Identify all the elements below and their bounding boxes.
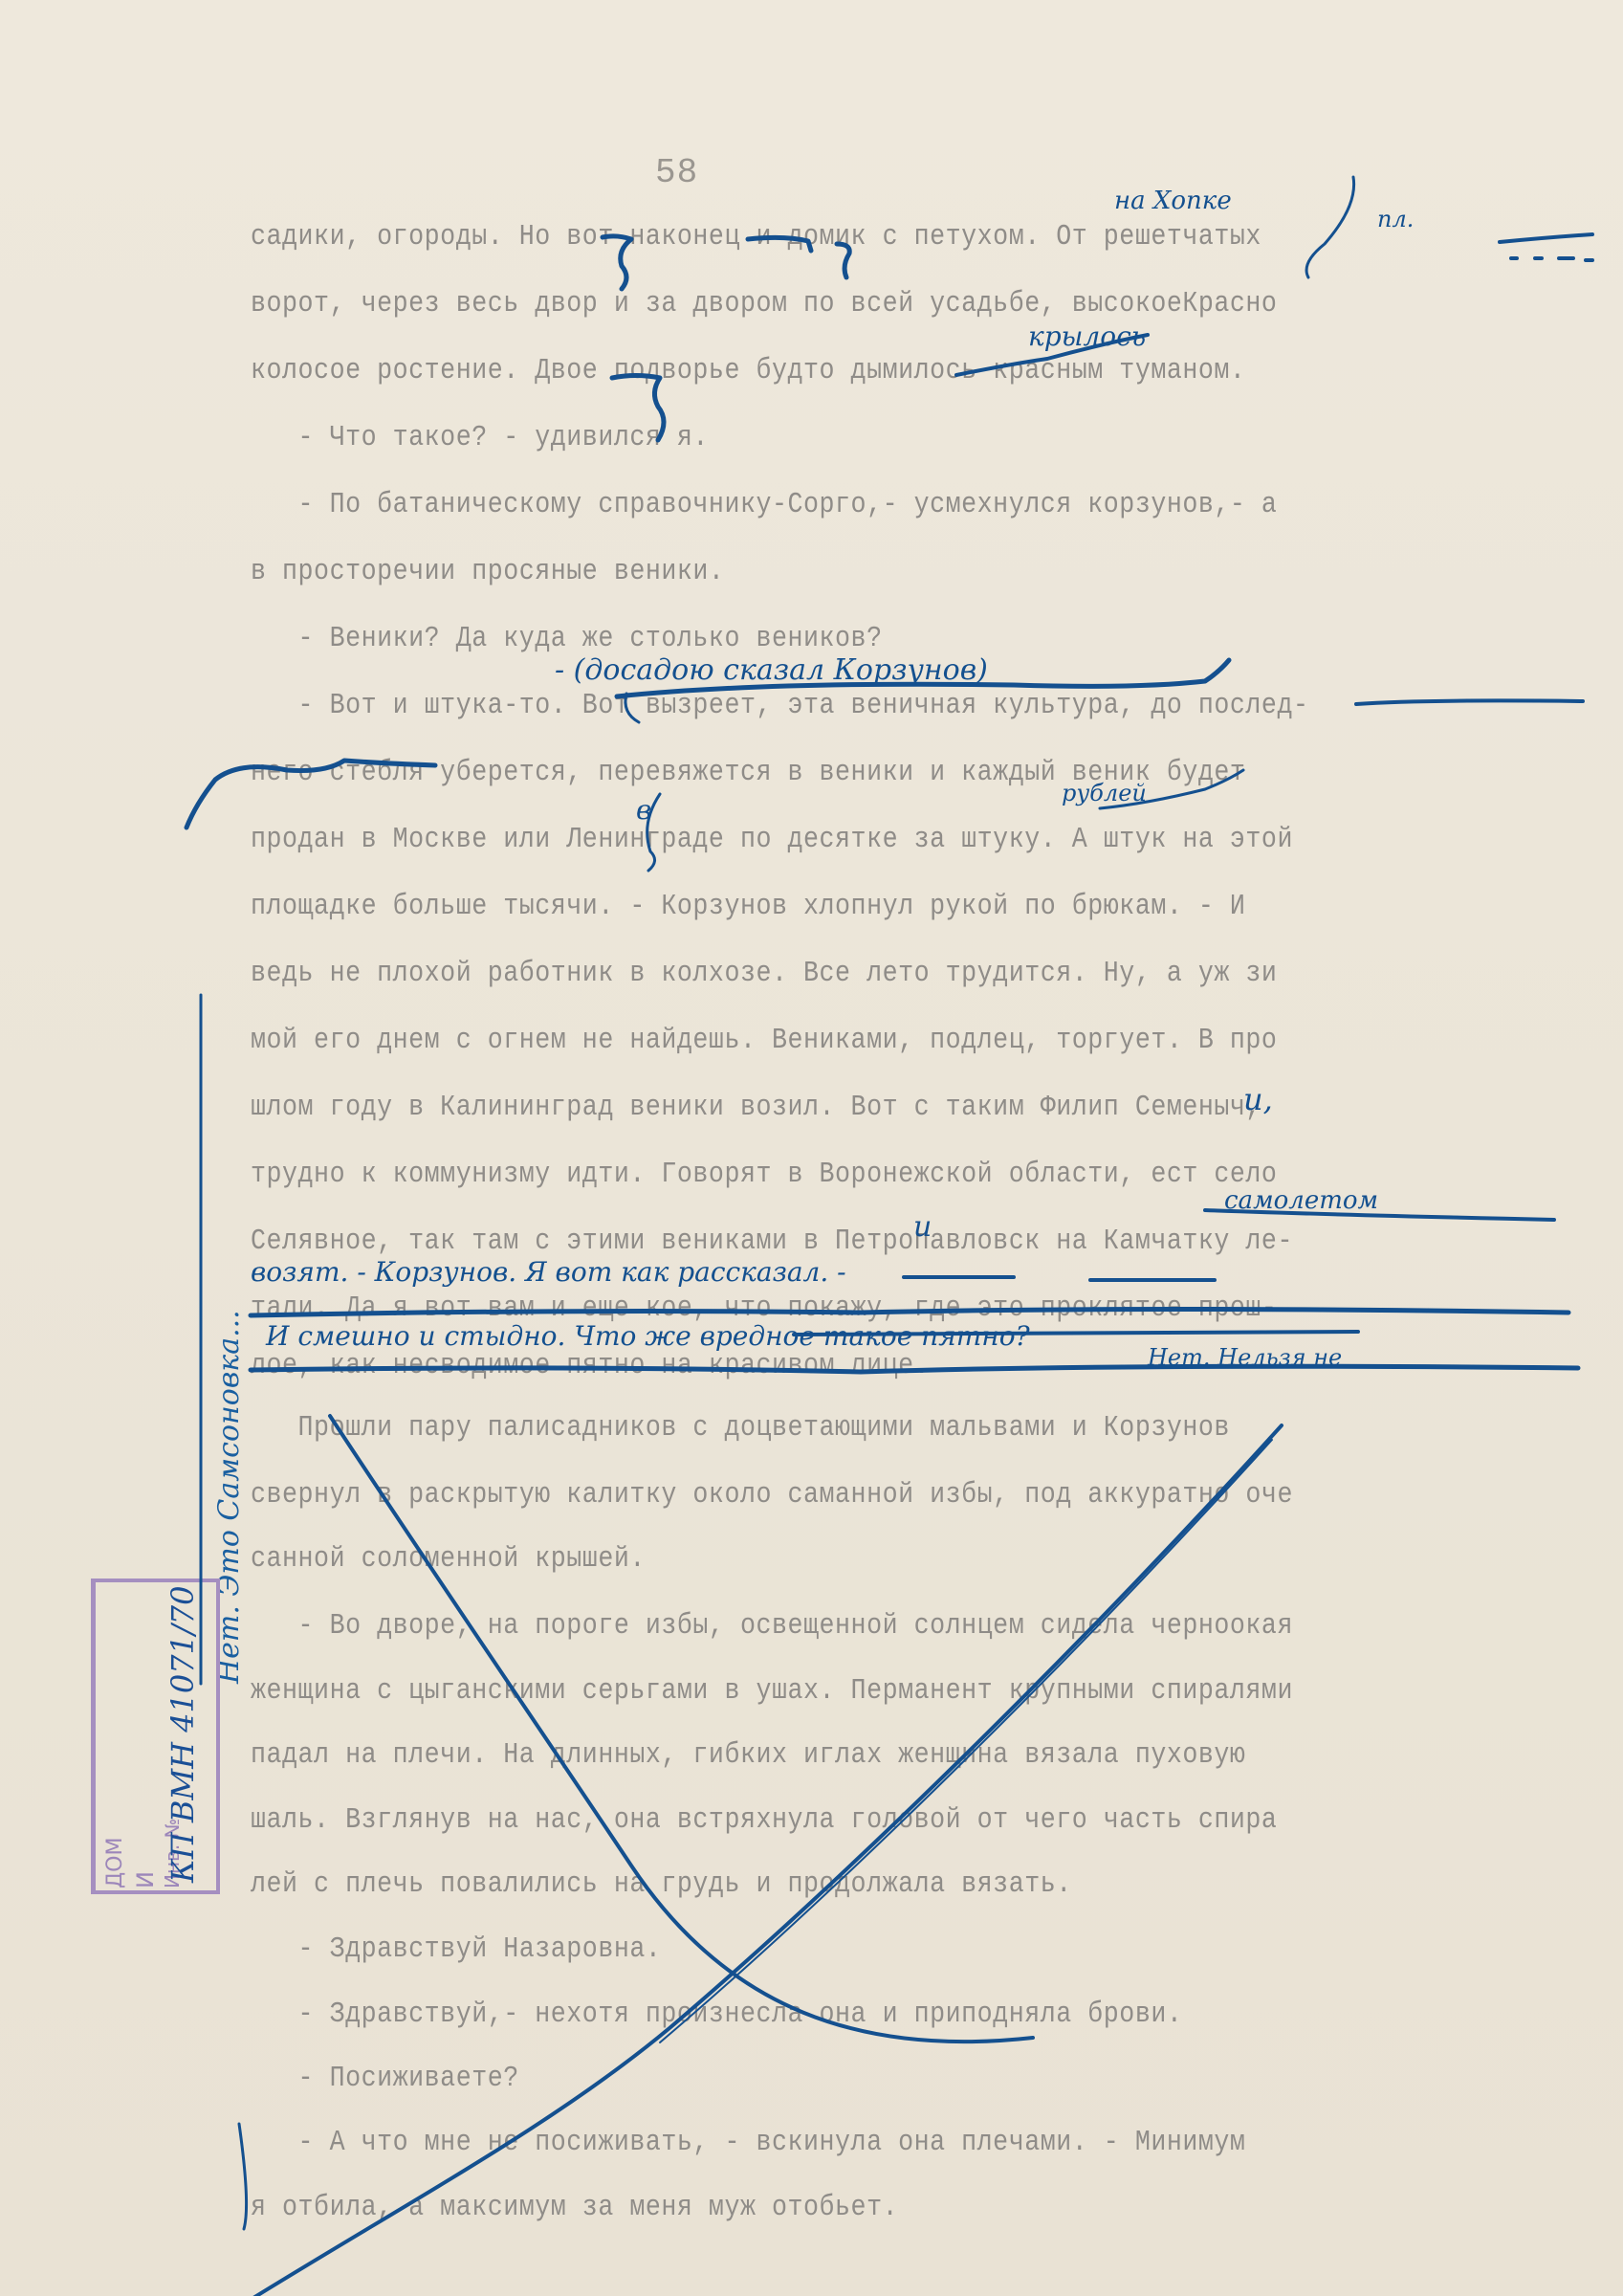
typed-line: шлом году в Калининград веники возил. Во…: [251, 1091, 1261, 1124]
stamp-line: ДОМ: [103, 1838, 127, 1889]
typed-line: садики, огороды. Но вот наконец и домик …: [251, 220, 1261, 254]
stamp-inventory-number: КП ВМН 41071/70: [164, 1586, 201, 1884]
handwritten-insert: пл.: [1377, 206, 1414, 232]
handwritten-insert: - (досадою сказал Корзунов): [555, 653, 988, 687]
typed-line: - Во дворе, на пороге избы, освещенной с…: [251, 1609, 1293, 1643]
typed-line: колосое ростение. Двое подворье будто ды…: [251, 354, 1245, 387]
typed-line: мой его днем с огнем не найдешь. Веникам…: [251, 1024, 1277, 1057]
handwritten-insert: на Хопке: [1114, 187, 1232, 215]
typed-line: ворот, через весь двор и за двором по вс…: [251, 287, 1277, 320]
handwritten-insert: Нет. Нельзя не: [1148, 1344, 1342, 1371]
typed-line: - Веники? Да куда же столько веников?: [251, 622, 883, 655]
typed-line: - Что такое? - удивился я.: [251, 421, 709, 454]
typed-line: - Вот и штука-то. Вот вызреет, эта венич…: [251, 689, 1308, 722]
handwritten-insert: самолетом: [1224, 1186, 1378, 1215]
typed-line: - Здравствуй,- нехотя произнесла она и п…: [251, 1998, 1182, 2031]
handwritten-insert: возят. - Корзунов. Я вот как рассказал. …: [251, 1256, 846, 1288]
typed-line: падал на плечи. На длинных, гибких иглах…: [251, 1738, 1245, 1772]
typed-line: - По батаническому справочнику-Сорго,- у…: [251, 488, 1277, 521]
typed-line: Прошли пару палисадников с доцветающими …: [251, 1411, 1230, 1445]
stamp-line: И: [132, 1871, 159, 1888]
typed-line: лое, как несводимое пятно на красивом ли…: [251, 1349, 930, 1382]
typed-line: Селявное, так там с этими вениками в Пет…: [251, 1225, 1293, 1258]
typed-line: продан в Москве или Ленинграде по десятк…: [251, 823, 1293, 856]
typed-line: трудно к коммунизму идти. Говорят в Воро…: [251, 1158, 1277, 1191]
document-page: 58 садики, огороды. Но вот наконец и дом…: [0, 0, 1623, 2296]
typed-line: - Посиживаете?: [251, 2062, 519, 2095]
handwritten-insert: в: [636, 794, 651, 826]
typed-line: площадке больше тысячи. - Корзунов хлопн…: [251, 890, 1245, 923]
typed-line: ведь не плохой работник в колхозе. Все л…: [251, 957, 1277, 990]
typed-line: шаль. Взглянув на нас, она встряхнула го…: [251, 1803, 1277, 1837]
typed-line: лей с плечь повалились на грудь и продол…: [251, 1867, 1072, 1901]
typed-line: - А что мне не посиживать, - вскинула он…: [251, 2126, 1245, 2159]
typed-line: женщина с цыганскими серьгами в ушах. Пе…: [251, 1674, 1293, 1708]
typed-line: я отбила, а максимум за меня муж отобьет…: [251, 2191, 898, 2224]
typed-line: в просторечии просяные веники.: [251, 555, 724, 588]
ink-strokes: [0, 0, 1623, 2296]
handwritten-insert: крылось: [1028, 320, 1146, 352]
handwritten-insert: и,: [1243, 1081, 1273, 1117]
handwritten-insert: И смешно и стыдно. Что же вредное такое …: [266, 1320, 1030, 1352]
handwritten-insert: рублей: [1062, 780, 1147, 806]
typed-line: свернул в раскрытую калитку около саманн…: [251, 1478, 1293, 1512]
typed-line: санной соломенной крышей.: [251, 1542, 646, 1576]
page-number: 58: [655, 153, 698, 192]
handwritten-insert: и: [913, 1210, 932, 1244]
typed-line: - Здравствуй Назаровна.: [251, 1932, 661, 1966]
